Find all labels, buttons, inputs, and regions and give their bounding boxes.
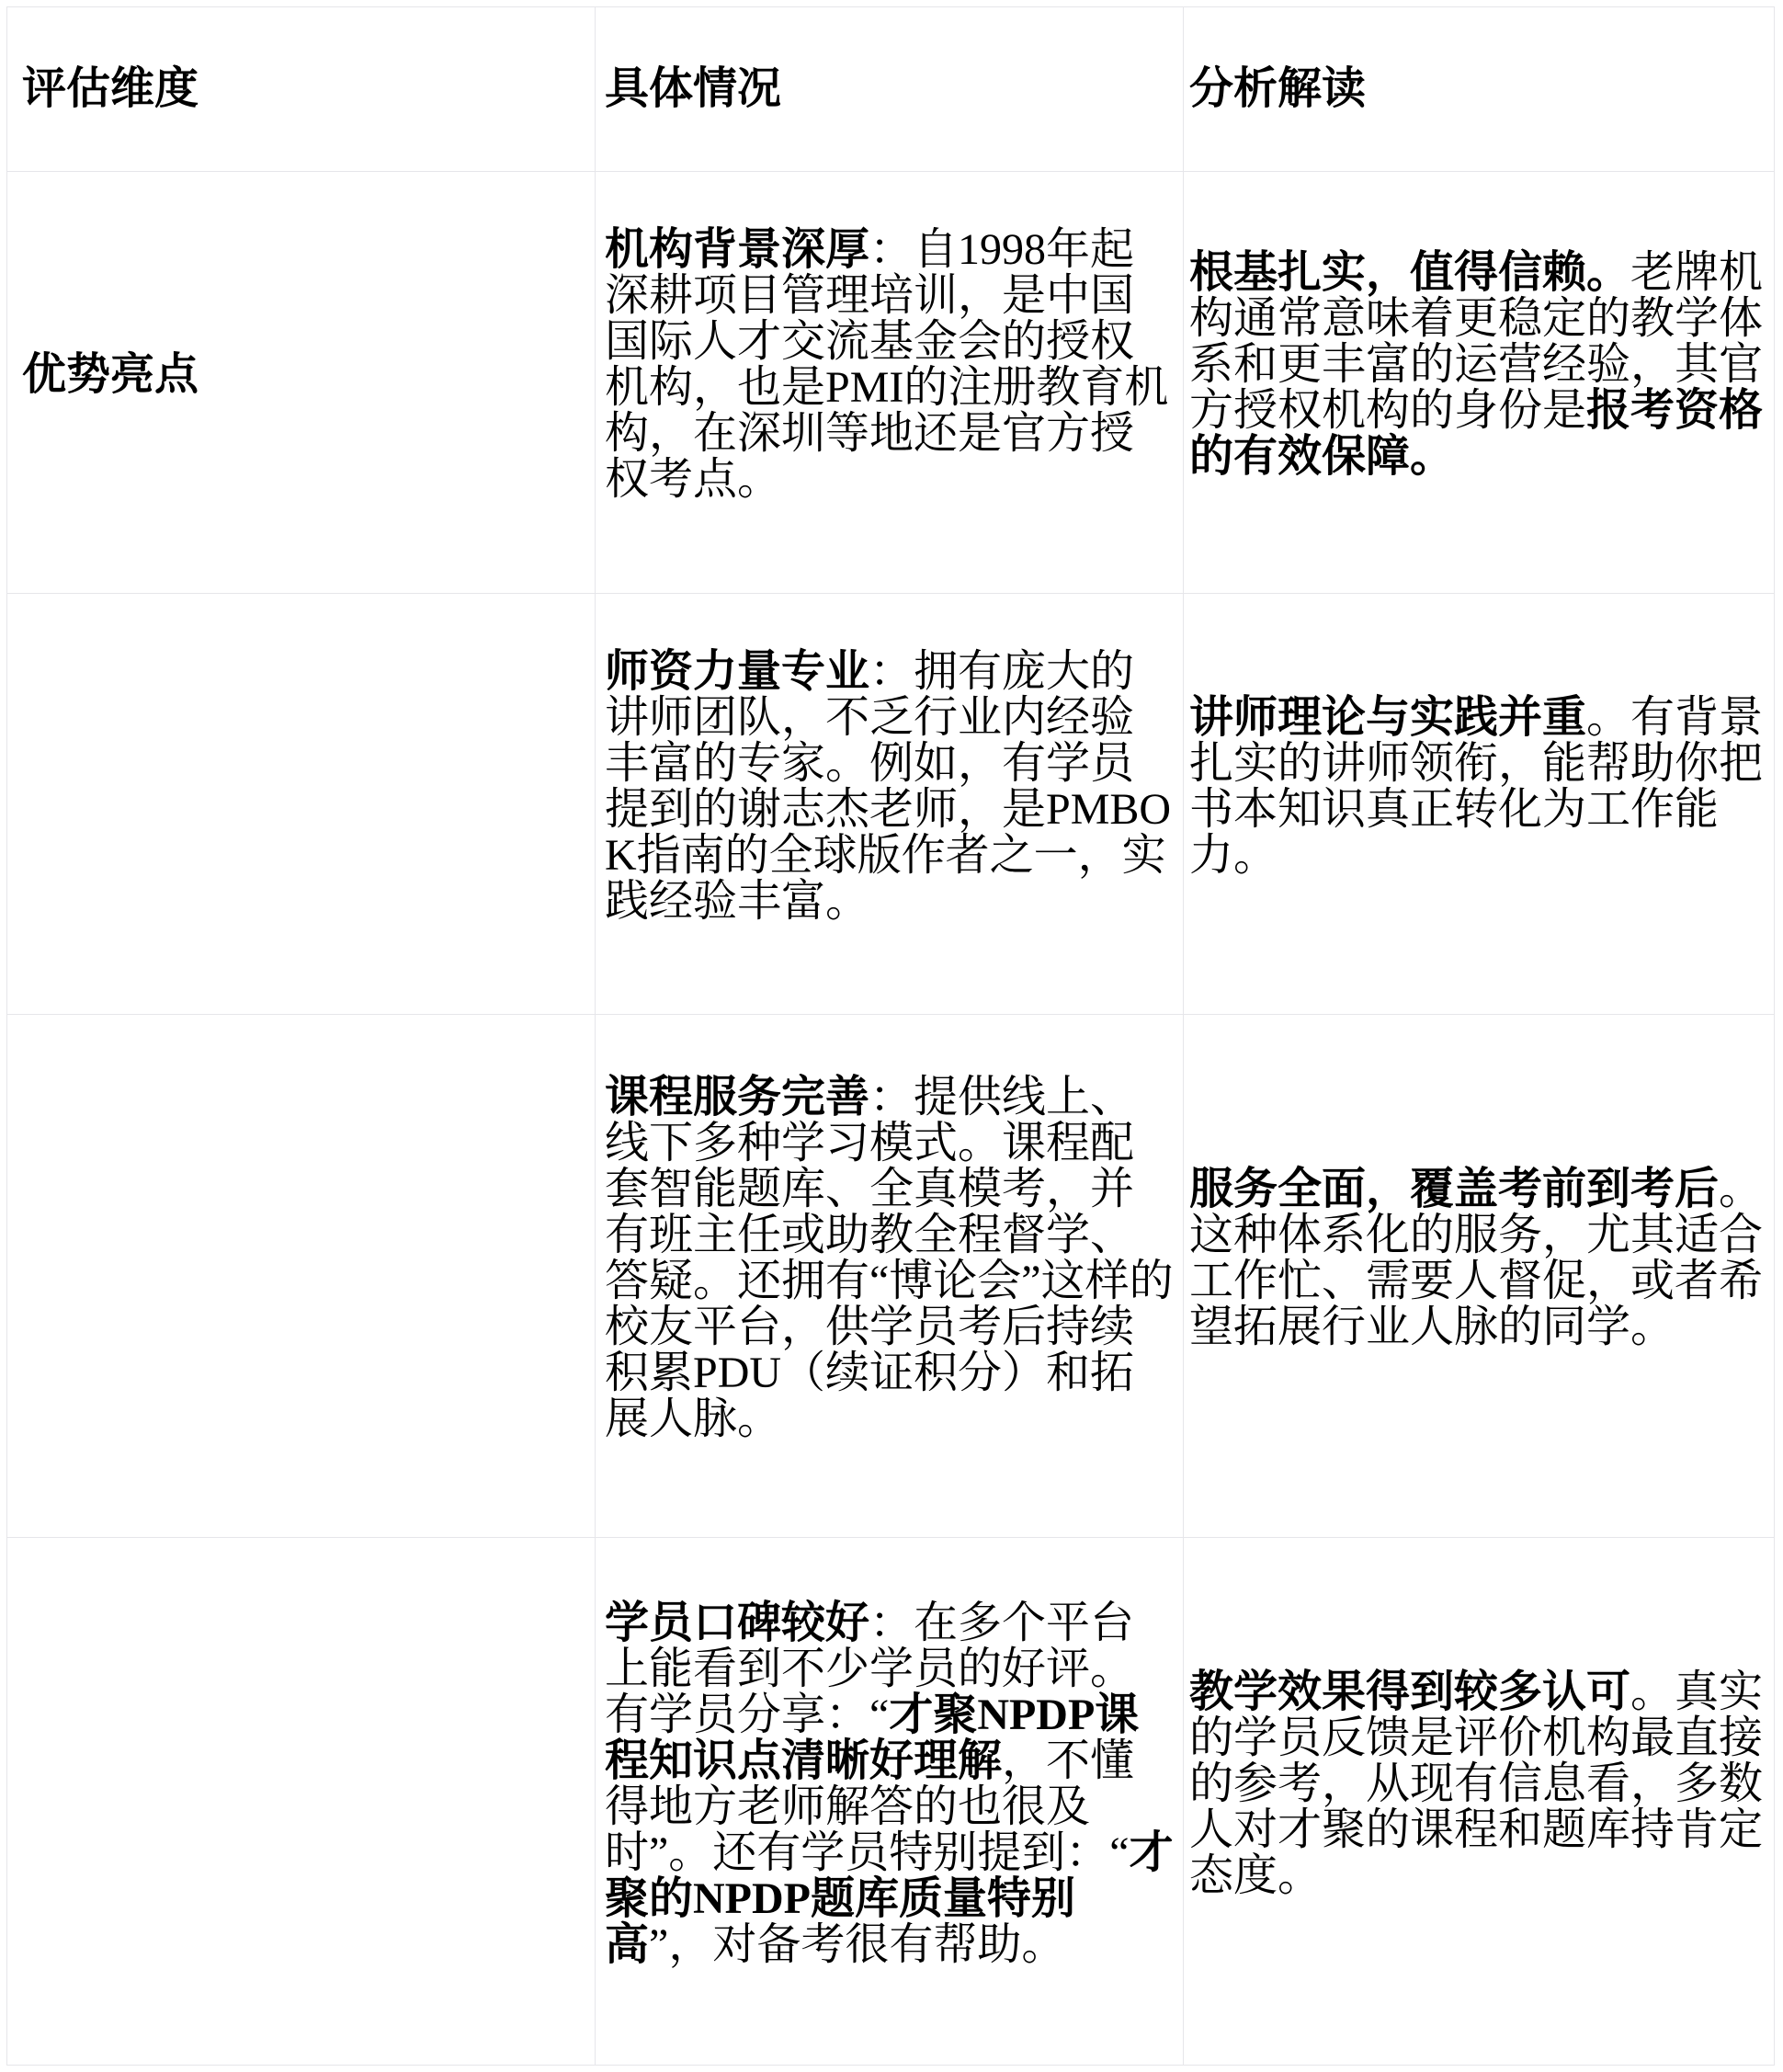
table-row: 优势亮点 机构背景深厚：自1998年起深耕项目管理培训，是中国国际人才交流基金会… — [7, 172, 1775, 594]
dimension-cell: 优势亮点 — [7, 172, 596, 594]
column-header-dimension: 评估维度 — [7, 7, 596, 172]
column-header-analysis: 分析解读 — [1184, 7, 1775, 172]
dimension-label: 优势亮点 — [22, 352, 580, 398]
column-header-detail: 具体情况 — [596, 7, 1184, 172]
analysis-text: 根基扎实，值得信赖。老牌机构通常意味着更稳定的教学体系和更丰富的运营经验，其官方… — [1189, 250, 1768, 480]
analysis-cell: 讲师理论与实践并重。有背景扎实的讲师领衔，能帮助你把书本知识真正转化为工作能力。 — [1184, 594, 1775, 1015]
table-row: 师资力量专业：拥有庞大的讲师团队，不乏行业内经验丰富的专家。例如，有学员提到的谢… — [7, 594, 1775, 1015]
analysis-text: 服务全面，覆盖考前到考后。这种体系化的服务，尤其适合工作忙、需要人督促，或者希望… — [1189, 1167, 1768, 1350]
header-row: 评估维度 具体情况 分析解读 — [7, 7, 1775, 172]
table-row: 学员口碑较好：在多个平台上能看到不少学员的好评。有学员分享：“才聚NPDP课程知… — [7, 1538, 1775, 2066]
detail-cell: 学员口碑较好：在多个平台上能看到不少学员的好评。有学员分享：“才聚NPDP课程知… — [596, 1538, 1184, 2066]
table-row: 课程服务完善：提供线上、线下多种学习模式。课程配套智能题库、全真模考，并有班主任… — [7, 1015, 1775, 1538]
detail-text: 学员口碑较好：在多个平台上能看到不少学员的好评。有学员分享：“才聚NPDP课程知… — [605, 1600, 1174, 1968]
detail-cell: 师资力量专业：拥有庞大的讲师团队，不乏行业内经验丰富的专家。例如，有学员提到的谢… — [596, 594, 1184, 1015]
detail-text: 师资力量专业：拥有庞大的讲师团队，不乏行业内经验丰富的专家。例如，有学员提到的谢… — [605, 649, 1174, 925]
detail-cell: 机构背景深厚：自1998年起深耕项目管理培训，是中国国际人才交流基金会的授权机构… — [596, 172, 1184, 594]
analysis-cell: 教学效果得到较多认可。真实的学员反馈是评价机构最直接的参考，从现有信息看，多数人… — [1184, 1538, 1775, 2066]
detail-cell: 课程服务完善：提供线上、线下多种学习模式。课程配套智能题库、全真模考，并有班主任… — [596, 1015, 1184, 1538]
analysis-cell: 服务全面，覆盖考前到考后。这种体系化的服务，尤其适合工作忙、需要人督促，或者希望… — [1184, 1015, 1775, 1538]
detail-text: 机构背景深厚：自1998年起深耕项目管理培训，是中国国际人才交流基金会的授权机构… — [605, 227, 1174, 503]
dimension-cell — [7, 1538, 596, 2066]
dimension-cell — [7, 594, 596, 1015]
evaluation-table: 评估维度 具体情况 分析解读 优势亮点 机构背景深厚：自1998年起深耕项目管理… — [6, 6, 1775, 2066]
column-header-dimension-label: 评估维度 — [22, 66, 580, 112]
detail-text: 课程服务完善：提供线上、线下多种学习模式。课程配套智能题库、全真模考，并有班主任… — [605, 1075, 1174, 1442]
column-header-analysis-label: 分析解读 — [1189, 66, 1768, 112]
analysis-text: 教学效果得到较多认可。真实的学员反馈是评价机构最直接的参考，从现有信息看，多数人… — [1189, 1669, 1768, 1899]
dimension-cell — [7, 1015, 596, 1538]
analysis-text: 讲师理论与实践并重。有背景扎实的讲师领衔，能帮助你把书本知识真正转化为工作能力。 — [1189, 695, 1768, 879]
analysis-cell: 根基扎实，值得信赖。老牌机构通常意味着更稳定的教学体系和更丰富的运营经验，其官方… — [1184, 172, 1775, 594]
column-header-detail-label: 具体情况 — [605, 66, 1174, 112]
